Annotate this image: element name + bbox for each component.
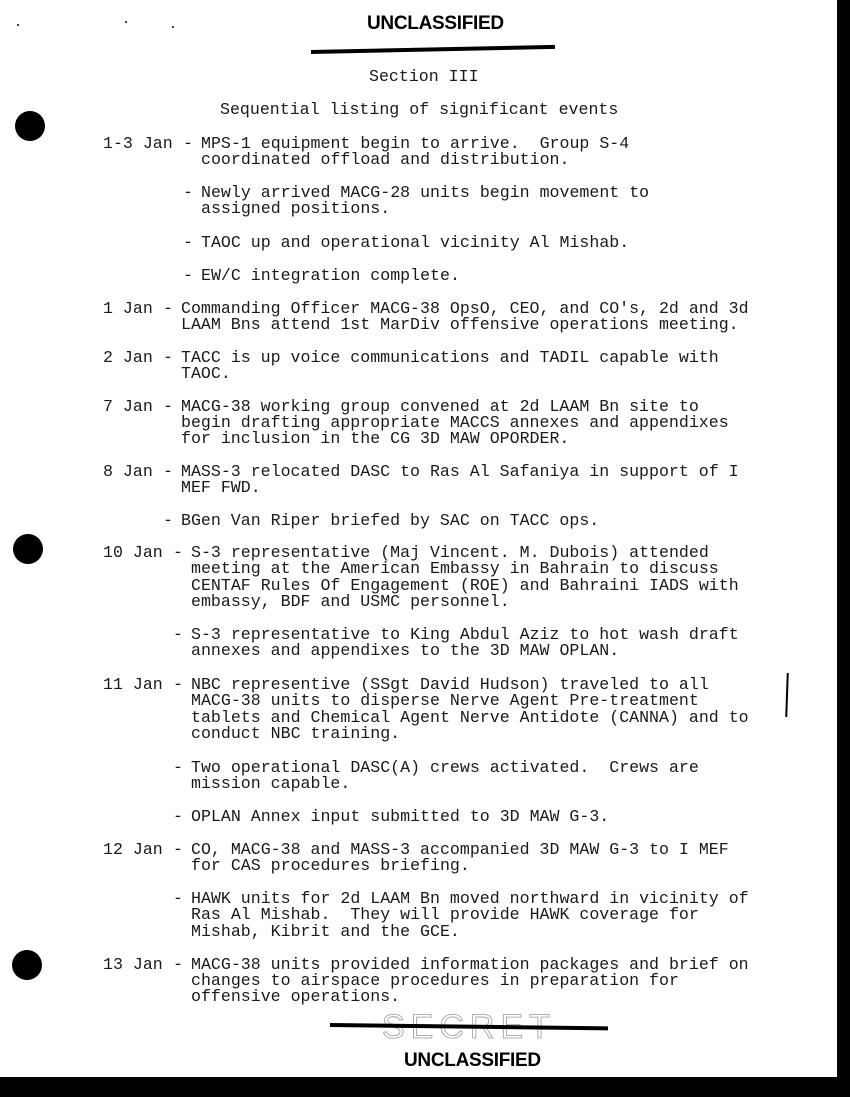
entry-dash: - [173, 626, 183, 643]
entry-dash: - [173, 676, 183, 693]
entry-dash: - [173, 841, 183, 858]
entry-dash: - [163, 300, 173, 317]
entry-text: TAOC. [181, 365, 231, 382]
entry-text: Ras Al Mishab. They will provide HAWK co… [191, 906, 699, 923]
entry-date: 2 Jan [103, 349, 153, 366]
entry-date: 12 Jan [103, 841, 163, 858]
entry-date: 10 Jan [103, 544, 163, 561]
entry-dash: - [173, 956, 183, 973]
entry-dash: - [183, 184, 193, 201]
entry-dash: - [163, 512, 173, 529]
punch-hole-bottom [12, 950, 42, 980]
classification-top: UNCLASSIFIED [367, 13, 504, 35]
scan-speck [17, 24, 19, 26]
scan-speck [172, 26, 174, 28]
entry-text: MASS-3 relocated DASC to Ras Al Safaniya… [181, 463, 739, 480]
entry-text: Mishab, Kibrit and the GCE. [191, 923, 460, 940]
entry-date: 8 Jan [103, 463, 153, 480]
entry-dash: - [163, 398, 173, 415]
entry-dash: - [173, 759, 183, 776]
entry-text: offensive operations. [191, 988, 400, 1005]
entry-text: annexes and appendixes to the 3D MAW OPL… [191, 642, 619, 659]
entry-date: 7 Jan [103, 398, 153, 415]
entry-text: LAAM Bns attend 1st MarDiv offensive ope… [181, 316, 739, 333]
entry-text: for CAS procedures briefing. [191, 857, 470, 874]
entry-text: coordinated offload and distribution. [201, 151, 569, 168]
punch-hole-middle [13, 534, 43, 564]
entry-text: TACC is up voice communications and TADI… [181, 349, 719, 366]
entry-text: EW/C integration complete. [201, 267, 460, 284]
entry-dash: - [183, 234, 193, 251]
entry-text: mission capable. [191, 775, 350, 792]
scan-border-bottom [0, 1077, 850, 1097]
entry-text: MACG-38 units to disperse Nerve Agent Pr… [191, 692, 699, 709]
entry-text: for inclusion in the CG 3D MAW OPORDER. [181, 430, 569, 447]
entry-text: OPLAN Annex input submitted to 3D MAW G-… [191, 808, 609, 825]
entry-dash: - [163, 349, 173, 366]
entry-date: 1-3 Jan [103, 135, 173, 152]
section-heading: Section III [369, 68, 479, 85]
entry-dash: - [183, 135, 193, 152]
entry-text: conduct NBC training. [191, 725, 400, 742]
entry-dash: - [173, 808, 183, 825]
scan-border-right [837, 0, 850, 1097]
entry-text: BGen Van Riper briefed by SAC on TACC op… [181, 512, 599, 529]
entry-text: TAOC up and operational vicinity Al Mish… [201, 234, 629, 251]
punch-hole-top [15, 111, 45, 141]
entry-text: MEF FWD. [181, 479, 261, 496]
entry-dash: - [163, 463, 173, 480]
entry-dash: - [173, 544, 183, 561]
entry-date: 1 Jan [103, 300, 153, 317]
header-rule [311, 45, 555, 54]
entry-dash: - [173, 890, 183, 907]
scan-speck [125, 21, 127, 23]
entry-text: meeting at the American Embassy in Bahra… [191, 560, 719, 577]
document-title: Sequential listing of significant events [220, 101, 618, 118]
entry-dash: - [183, 267, 193, 284]
entry-date: 13 Jan [103, 956, 163, 973]
document-page: UNCLASSIFIED Section III Sequential list… [0, 0, 850, 1097]
margin-mark [785, 673, 789, 717]
entry-text: assigned positions. [201, 200, 390, 217]
classification-bottom: UNCLASSIFIED [404, 1050, 541, 1072]
entry-text: embassy, BDF and USMC personnel. [191, 593, 510, 610]
entry-date: 11 Jan [103, 676, 163, 693]
